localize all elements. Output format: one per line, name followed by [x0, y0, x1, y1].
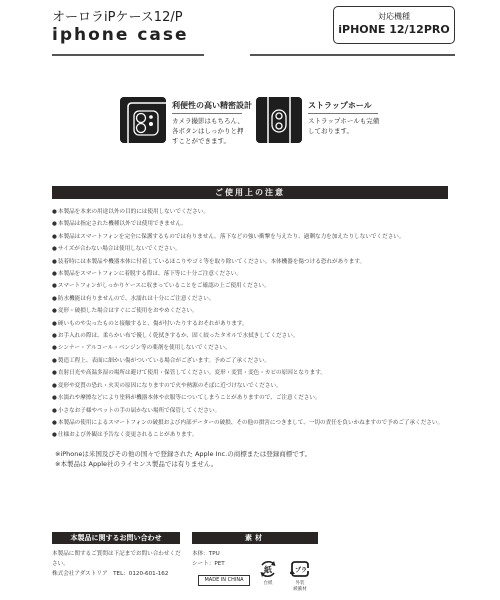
- header-divider-right: [250, 54, 455, 56]
- caution-item: 装着時には本製品や機器本体に付着しているほこりやゴミ等を取り除いてください。本体…: [52, 256, 472, 268]
- materials-heading: 素材: [192, 532, 318, 544]
- caution-item: シンナー・アルコール・ベンジン等の薬剤を使用しないでください。: [52, 342, 472, 354]
- recycle-label: 外装 緩衝材: [290, 581, 310, 593]
- compatible-models-box: 対応機種 iPHONE 12/12PRO: [333, 6, 455, 44]
- caution-item: サイズが合わない場合は使用しないでください。: [52, 243, 472, 255]
- svg-text:プラ: プラ: [295, 566, 307, 574]
- trademark-line-2: ※本製品は Apple社のライセンス製品では有りません。: [55, 459, 311, 469]
- material-sheet: シート：PET: [192, 559, 225, 569]
- contact-line-2: 株式会社アダストリア TEL：0120-601-162: [52, 569, 182, 579]
- caution-item: 硬いものや尖ったものと接触すると、傷が付いたりするおそれがあります。: [52, 318, 472, 330]
- contact-line-1: 本製品に関するご質問は下記までお問い合わせください。: [52, 549, 182, 569]
- paper-recycle-icon: 紙: [258, 559, 278, 579]
- caution-item: 小さなお子様やペットの手の届かない場所で保管してください。: [52, 405, 472, 417]
- strap-hole-icon: [256, 97, 302, 143]
- trademark-line-1: ※iPhoneは米国及びその他の国々で登録された Apple Inc.の商標また…: [55, 449, 311, 459]
- feature-description: カメラ撮影はもちろん、各ボタンはしっかりと押すことができます。: [172, 116, 244, 146]
- material-body: 本体：TPU: [192, 549, 225, 559]
- caution-item: 変形・破損した場合はすぐにご使用をおやめください。: [52, 305, 472, 317]
- recycle-plastic-mark: プラ 外装 緩衝材: [290, 559, 310, 593]
- feature-description: ストラップホールも完備しております。: [308, 116, 380, 136]
- camera-lens-icon: [120, 97, 166, 143]
- caution-item: 本製品をスマートフォンに着脱する際は、落下等に十分ご注意ください。: [52, 268, 472, 280]
- feature-underline: [308, 113, 378, 114]
- plastic-recycle-icon: プラ: [290, 559, 310, 579]
- contact-heading: 本製品に関するお問い合わせ: [52, 532, 180, 544]
- trademark-notice: ※iPhoneは米国及びその他の国々で登録された Apple Inc.の商標また…: [55, 449, 311, 469]
- product-name-en: iphone case: [52, 25, 189, 45]
- caution-item: 製造工程上、表面に細かい傷がついている場合がございます。予めご了承ください。: [52, 355, 472, 367]
- caution-item: 本製品を本来の用途以外の目的には使用しないでください。: [52, 206, 472, 218]
- feature-underline: [172, 113, 242, 114]
- made-in-label: MADE IN CHINA: [198, 575, 250, 586]
- header-divider-left: [52, 54, 204, 56]
- caution-item: お手入れの際は、柔らかい布で優しく乾拭きするか、固く絞ったタオルで水拭きしてくだ…: [52, 330, 472, 342]
- contact-info: 本製品に関するご質問は下記までお問い合わせください。 株式会社アダストリア TE…: [52, 549, 182, 579]
- caution-item: 水濡れや摩擦などにより塗料が機器本体や衣服等についてしまうことがありますので、ご…: [52, 392, 472, 404]
- caution-item: 本製品の使用によるスマートフォンの破損および内部データーの破損、その他の損害につ…: [52, 417, 472, 429]
- caution-item: 変形や変質の恐れ・火災の原因になりますので火や熱源のそばに近づけないでください。: [52, 380, 472, 392]
- caution-item: 防水機能は有りませんので、水濡れは十分にご注意ください。: [52, 293, 472, 305]
- compatible-models: iPHONE 12/12PRO: [334, 23, 454, 36]
- feature-title: ストラップホール: [308, 100, 372, 111]
- cautions-heading: ご使用上の注意: [52, 186, 448, 199]
- materials-info: 本体：TPU シート：PET: [192, 549, 225, 569]
- caution-item: 直射日光や高温多湿の場所は避けて使用・保管してください。変形・変質・変色・カビの…: [52, 367, 472, 379]
- caution-item: スマートフォンがしっかりケースに収まっていることをご確認の上ご使用ください。: [52, 280, 472, 292]
- cautions-list: 本製品を本来の用途以外の目的には使用しないでください。 本製品は指定された機種以…: [52, 206, 472, 442]
- product-name-jp: オーロラiPケース12/P: [52, 6, 183, 25]
- recycle-label: 台紙: [258, 581, 278, 587]
- caution-item: 仕様および外観は予告なく変更されることがあります。: [52, 429, 472, 441]
- caution-item: 本製品は指定された機種以外では使用できません。: [52, 218, 472, 230]
- caution-item: 本製品はスマートフォンを完全に保護するものでは有りません。落下などの強い衝撃を与…: [52, 231, 472, 243]
- feature-title: 利便性の高い精密設計: [172, 100, 252, 111]
- recycle-paper-mark: 紙 台紙: [258, 559, 278, 587]
- svg-text:紙: 紙: [263, 565, 272, 575]
- compatible-label: 対応機種: [334, 11, 454, 22]
